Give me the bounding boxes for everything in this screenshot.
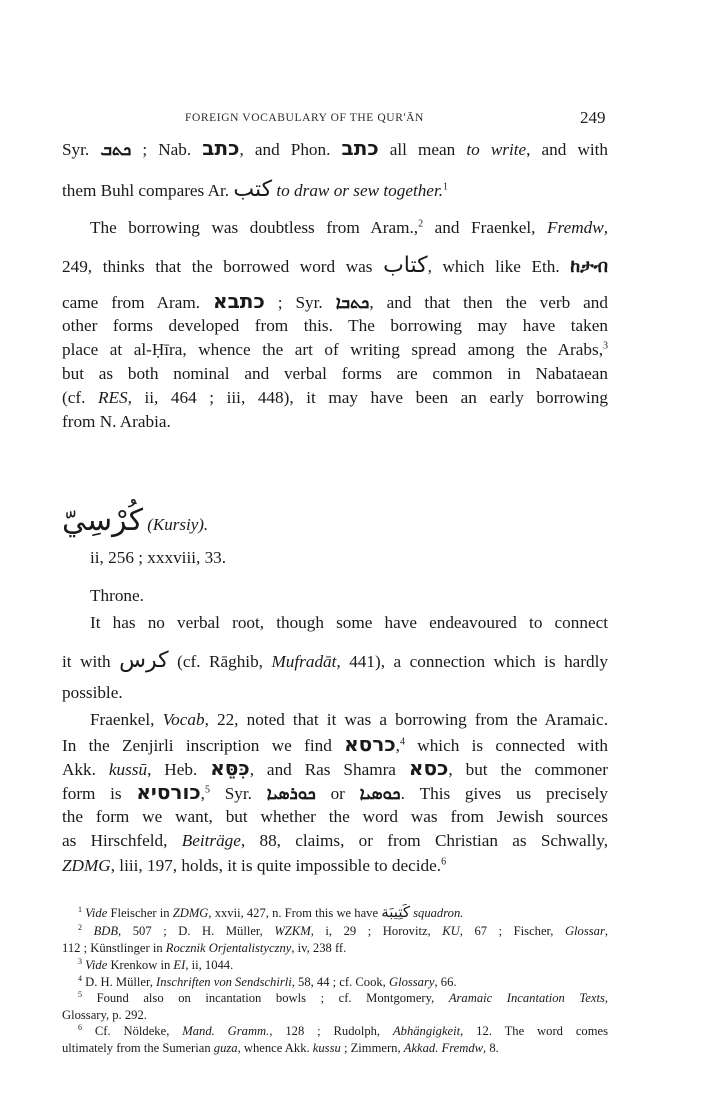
quran-references: ii, 256 ; xxxviii, 33. <box>90 548 226 568</box>
text-run: other forms developed from this. The bor… <box>62 316 608 335</box>
text-run: possible. <box>62 683 123 702</box>
text-run: , iv, 238 ff. <box>291 941 346 955</box>
italic-text: EI <box>173 958 185 972</box>
text-line: The borrowing was doubtless from Aram.,2… <box>90 217 608 239</box>
text-run: or <box>316 784 360 803</box>
text-run: , and that then the verb and <box>369 293 608 312</box>
hebrew-word: כרסא <box>344 732 396 756</box>
text-run: (cf. Rāghib, <box>169 652 272 671</box>
page-number: 249 <box>580 108 606 128</box>
hebrew-word: כורסיא <box>136 780 200 804</box>
text-run: , liii, 197, holds, it is quite impossib… <box>111 856 441 875</box>
text-run: Syr. <box>210 784 267 803</box>
text-run: Krenkow in <box>107 958 173 972</box>
footnote-line: 2 BDB, 507 ; D. H. Müller, WZKM, i, 29 ;… <box>78 924 608 939</box>
text-run: it with <box>62 652 119 671</box>
text-line: from N. Arabia. <box>62 411 608 433</box>
arabic-word: كَتِيبَة <box>381 903 410 921</box>
text-run: 249, thinks that the borrowed word was <box>62 257 383 276</box>
text-run: , 22, noted that it was a borrowing from… <box>205 710 608 729</box>
footnote-line: 4 D. H. Müller, Inschriften von Sendschi… <box>78 975 608 990</box>
text-run: It has no verbal root, though some have … <box>90 613 608 632</box>
running-title: Foreign Vocabulary of the Qur'ān <box>185 112 475 124</box>
footnote-line: 3 Vide Krenkow in EI, ii, 1044. <box>78 958 608 973</box>
text-run: . This gives us precisely <box>401 784 608 803</box>
text-run: , xxvii, 427, n. From this we have <box>208 906 381 920</box>
text-run: D. H. Müller, <box>82 975 156 989</box>
text-run: , which like Eth. <box>428 257 571 276</box>
text-run: Found also on incantation bowls ; cf. Mo… <box>82 991 449 1005</box>
text-run: came from Aram. <box>62 293 213 312</box>
italic-text: Abhängigkeit <box>393 1024 460 1038</box>
arabic-word: كتب <box>233 177 272 202</box>
text-run: , <box>605 991 608 1005</box>
text-run: Glossary, p. 292. <box>62 1008 147 1022</box>
text-run: , but the commoner <box>448 760 608 779</box>
syriac-word: ܟܬܒ <box>100 140 131 160</box>
hebrew-word: כסא <box>409 756 448 780</box>
text-run: Cf. Nöldeke, <box>82 1024 182 1038</box>
italic-text: KU <box>442 924 460 938</box>
text-run: , <box>604 218 608 237</box>
text-run: , 66. <box>434 975 456 989</box>
text-run: Syr. <box>62 140 100 159</box>
text-line: as Hirschfeld, Beiträge, 88, claims, or … <box>62 830 608 852</box>
italic-text: Inschriften von Sendschirli <box>156 975 292 989</box>
hebrew-word: כתבא <box>213 289 265 313</box>
italic-text: to write <box>466 140 526 159</box>
text-line: Syr. ܟܬܒ ; Nab. כתב, and Phon. כתב all m… <box>62 137 608 161</box>
footnote-ref: 6 <box>441 856 446 867</box>
text-run: ultimately from the Sumerian <box>62 1041 214 1055</box>
italic-text: Beiträge <box>182 831 241 850</box>
text-line: In the Zenjirli inscription we find כרסא… <box>62 733 608 757</box>
text-line: other forms developed from this. The bor… <box>62 315 608 337</box>
ethiopic-word: ከታብ <box>570 256 608 277</box>
italic-text: Vocab <box>163 710 205 729</box>
text-run: , Heb. <box>147 760 210 779</box>
text-run: but as both nominal and verbal forms are… <box>62 364 608 383</box>
text-run: , 441), a connection which is hardly <box>336 652 608 671</box>
arabic-word: كرس <box>119 648 168 673</box>
text-run: , whence Akk. <box>238 1041 313 1055</box>
italic-text: Vide <box>85 906 107 920</box>
text-run: , 67 ; Fischer, <box>460 924 565 938</box>
italic-text: RES <box>98 388 128 407</box>
text-run: , and with <box>526 140 608 159</box>
text-run: form is <box>62 784 136 803</box>
italic-text: kussu <box>313 1041 341 1055</box>
italic-text: BDB <box>94 924 118 938</box>
text-run: , and Phon. <box>239 140 341 159</box>
headword-transliteration: (Kursiy). <box>147 515 208 534</box>
arabic-word: كتاب <box>383 253 428 278</box>
text-run: , and Ras Shamra <box>250 760 409 779</box>
syriac-word: ܟܘܪܣܝܐ <box>267 784 316 804</box>
text-run: all mean <box>379 140 467 159</box>
text-run: , 88, claims, or from Christian as Schwa… <box>241 831 608 850</box>
footnote-ref: 3 <box>603 340 608 351</box>
text-run: The borrowing was doubtless from Aram., <box>90 218 418 237</box>
text-run: , 128 ; Rudolph, <box>269 1024 393 1038</box>
hebrew-word: כתב <box>202 136 239 160</box>
text-run: the form we want, but whether the word w… <box>62 807 608 826</box>
text-run: 112 ; Künstlinger in <box>62 941 166 955</box>
text-line: form is כורסיא,5 Syr. ܟܘܪܣܝܐ or ܟܘܣܝܐ. T… <box>62 781 608 805</box>
text-run: Akk. <box>62 760 109 779</box>
text-run: ; Zimmern, <box>341 1041 404 1055</box>
syriac-word: ܟܬܒܐ <box>336 293 370 313</box>
footnote-ref: 1 <box>443 181 448 192</box>
hebrew-word: כתב <box>342 136 379 160</box>
text-line: possible. <box>62 682 608 704</box>
hebrew-word: כִּסֵּא <box>210 756 249 780</box>
text-run: , <box>605 924 608 938</box>
text-line: Akk. kussū, Heb. כִּסֵּא, and Ras Shamra… <box>62 757 608 781</box>
text-run: them Buhl compares Ar. <box>62 181 233 200</box>
text-run <box>82 924 94 938</box>
italic-text: squadron. <box>413 906 463 920</box>
italic-text: Vide <box>85 958 107 972</box>
text-run: , ii, 1044. <box>185 958 233 972</box>
text-run: ; Nab. <box>131 140 202 159</box>
text-run: Fleischer in <box>107 906 172 920</box>
text-run: which is connected with <box>405 736 608 755</box>
text-run: place at al-Ḥīra, whence the art of writ… <box>62 340 603 359</box>
book-page: Foreign Vocabulary of the Qur'ān 249 Syr… <box>0 0 710 1102</box>
entry-gloss: Throne. <box>90 586 144 606</box>
footnote-line: 6 Cf. Nöldeke, Mand. Gramm., 128 ; Rudol… <box>78 1024 608 1039</box>
italic-text: Fremdw <box>547 218 604 237</box>
text-run: , 507 ; D. H. Müller, <box>118 924 274 938</box>
italic-text: Glossary <box>389 975 434 989</box>
text-line: 249, thinks that the borrowed word was ك… <box>62 255 608 278</box>
text-line: It has no verbal root, though some have … <box>90 612 608 634</box>
text-line: Fraenkel, Vocab, 22, noted that it was a… <box>90 709 608 731</box>
text-line: but as both nominal and verbal forms are… <box>62 363 608 385</box>
text-line: came from Aram. כתבא ; Syr. ܟܬܒܐ, and th… <box>62 290 608 314</box>
text-run: from N. Arabia. <box>62 412 171 431</box>
headword-arabic: كُرْسِيّ <box>62 503 143 538</box>
footnote-line: 1 Vide Fleischer in ZDMG, xxvii, 427, n.… <box>78 905 608 921</box>
footnote-line: 5 Found also on incantation bowls ; cf. … <box>78 991 608 1006</box>
text-line: ZDMG, liii, 197, holds, it is quite impo… <box>62 855 608 877</box>
syriac-word: ܟܘܣܝܐ <box>360 784 401 804</box>
italic-text: Akkad. Fremdw <box>404 1041 483 1055</box>
italic-text: guza <box>214 1041 238 1055</box>
italic-text: kussū <box>109 760 147 779</box>
text-run: In the Zenjirli inscription we find <box>62 736 344 755</box>
text-run: , i, 29 ; Horovitz, <box>311 924 443 938</box>
italic-text: Mufradāt <box>271 652 336 671</box>
text-run: , ii, 464 ; iii, 448), it may have been … <box>128 388 608 407</box>
text-run: , 12. The word comes <box>460 1024 608 1038</box>
text-line: them Buhl compares Ar. كتب to draw or se… <box>62 179 608 202</box>
text-run: as Hirschfeld, <box>62 831 182 850</box>
text-run: ; Syr. <box>265 293 336 312</box>
text-run: , 8. <box>483 1041 499 1055</box>
text-run: , 58, 44 ; cf. Cook, <box>292 975 389 989</box>
italic-text: WZKM <box>274 924 310 938</box>
italic-text: Rocznik Orjentalistyczny <box>166 941 292 955</box>
text-line: (cf. RES, ii, 464 ; iii, 448), it may ha… <box>62 387 608 409</box>
text-line: the form we want, but whether the word w… <box>62 806 608 828</box>
italic-text: Mand. Gramm. <box>182 1024 269 1038</box>
footnote-line: ultimately from the Sumerian guza, whenc… <box>62 1041 608 1056</box>
text-line: place at al-Ḥīra, whence the art of writ… <box>62 339 608 361</box>
italic-text: ZDMG <box>62 856 111 875</box>
italic-text: Aramaic Incantation Texts <box>449 991 605 1005</box>
text-run: Fraenkel, <box>90 710 163 729</box>
text-run: (cf. <box>62 388 98 407</box>
italic-text: Glossar <box>565 924 605 938</box>
footnote-line: Glossary, p. 292. <box>62 1008 608 1023</box>
text-line: it with كرس (cf. Rāghib, Mufradāt, 441),… <box>62 650 608 673</box>
italic-text: to draw or sew together. <box>276 181 443 200</box>
italic-text: ZDMG <box>173 906 209 920</box>
entry-heading: كُرْسِيّ (Kursiy). <box>62 503 208 538</box>
text-run: and Fraenkel, <box>423 218 547 237</box>
footnote-line: 112 ; Künstlinger in Rocznik Orjentalist… <box>62 941 608 956</box>
